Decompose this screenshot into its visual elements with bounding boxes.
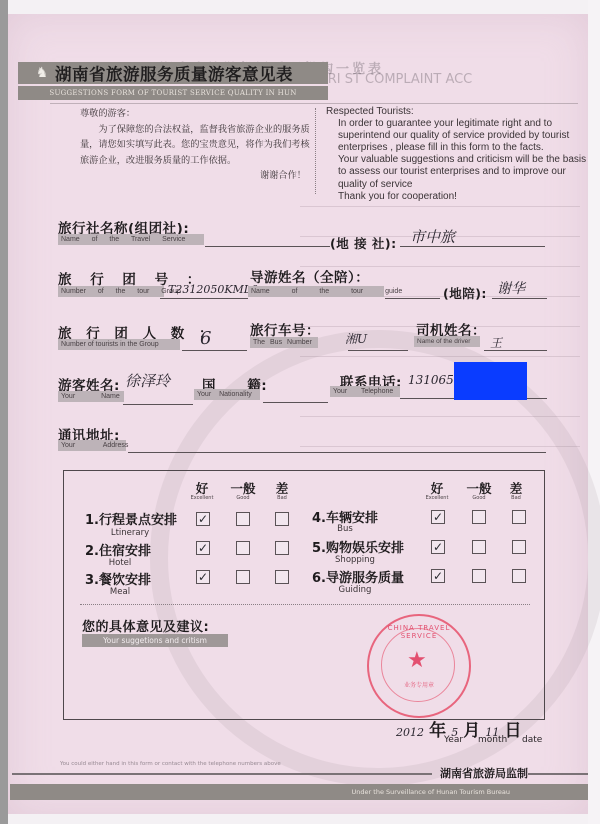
rating-item-shopping: 5.购物娱乐安排 bbox=[312, 537, 404, 556]
scan-edge-left bbox=[0, 0, 8, 824]
tour-group-number-label-en: Number of the tour Group bbox=[58, 286, 164, 297]
tour-group-number-field[interactable] bbox=[160, 298, 248, 299]
driver-name-label-en: Name of the driver bbox=[414, 336, 480, 347]
rating-item-meal: 3.餐饮安排 bbox=[85, 569, 151, 588]
star-icon: ★ bbox=[407, 650, 427, 672]
ghost-table-line bbox=[300, 416, 580, 417]
seal-bottom-text: 业务专用章 bbox=[369, 680, 469, 689]
rating-item-hotel-en: Hotel bbox=[100, 558, 140, 568]
col-good-right: 一般 Good bbox=[464, 482, 494, 501]
local-agency-label: (地 接 社): bbox=[330, 234, 397, 252]
bus-good-checkbox[interactable] bbox=[472, 510, 486, 524]
intro-cn-thanks: 谢谢合作！ bbox=[80, 168, 316, 184]
intro-en-body-2: Your valuable suggestions and criticism … bbox=[326, 154, 588, 190]
section-divider bbox=[80, 604, 530, 605]
tour-guide-label-en: Name of the tour guide bbox=[248, 286, 384, 297]
bus-bad-checkbox[interactable] bbox=[512, 510, 526, 524]
rating-item-shopping-en: Shopping bbox=[330, 555, 380, 565]
itinerary-bad-checkbox[interactable] bbox=[275, 512, 289, 526]
intro-cn-greeting: 尊敬的游客： bbox=[80, 106, 316, 122]
shopping-bad-checkbox[interactable] bbox=[512, 540, 526, 554]
meal-good-checkbox[interactable] bbox=[236, 570, 250, 584]
suggestions-field[interactable] bbox=[82, 652, 362, 712]
scan-edge-right bbox=[588, 0, 600, 824]
tour-guide-field[interactable] bbox=[385, 298, 440, 299]
form-title: 湖南省旅游服务质量游客意见表 bbox=[55, 61, 293, 85]
tourist-name-value: 徐泽玲 bbox=[125, 370, 170, 391]
address-field[interactable] bbox=[128, 452, 546, 453]
ghost-table-line bbox=[300, 206, 580, 207]
hotel-excellent-checkbox[interactable]: ✓ bbox=[196, 541, 210, 555]
itinerary-excellent-checkbox[interactable]: ✓ bbox=[196, 512, 210, 526]
telephone-label-en: Your Telephone bbox=[330, 386, 400, 397]
rating-item-meal-en: Meal bbox=[100, 587, 140, 597]
intro-divider bbox=[315, 108, 316, 194]
telephone-redaction bbox=[454, 362, 527, 400]
suggestions-label: 您的具体意见及建议: bbox=[82, 616, 209, 635]
group-size-value: 6 bbox=[200, 328, 211, 349]
footer-supervisor: 湖南省旅游局监制 bbox=[440, 765, 528, 781]
intro-en-greeting: Respected Tourists: bbox=[326, 106, 588, 118]
seal-text: CHINA TRAVEL SERVICE bbox=[369, 624, 469, 640]
intro-en-body-1: In order to guarantee your legitimate ri… bbox=[326, 118, 588, 154]
local-guide-value: 谢华 bbox=[497, 278, 525, 298]
shopping-good-checkbox[interactable] bbox=[472, 540, 486, 554]
intro-cn-body: 为了保障您的合法权益，监督我省旅游企业的服务质量，请您如实填写此表。您的宝贵意见… bbox=[80, 122, 316, 169]
nationality-field[interactable] bbox=[263, 402, 328, 403]
tour-guide-label: 导游姓名（全陪）： bbox=[250, 266, 369, 286]
tourist-name-label-en: Your Name bbox=[58, 391, 124, 402]
rating-item-bus-en: Bus bbox=[325, 524, 365, 534]
guiding-good-checkbox[interactable] bbox=[472, 569, 486, 583]
guiding-bad-checkbox[interactable] bbox=[512, 569, 526, 583]
rating-item-guiding: 6.导游服务质量 bbox=[312, 567, 404, 586]
tourist-name-field[interactable] bbox=[123, 404, 193, 405]
local-guide-field[interactable] bbox=[492, 298, 547, 299]
date-month-en: month bbox=[478, 735, 507, 745]
local-guide-label: (地陪): bbox=[443, 284, 487, 302]
col-bad-left: 差 Bad bbox=[272, 482, 292, 501]
col-excellent-left: 好 Excellent bbox=[190, 482, 214, 501]
group-size-field[interactable] bbox=[182, 350, 247, 351]
local-agency-value: 市中旅 bbox=[410, 226, 455, 247]
meal-excellent-checkbox[interactable]: ✓ bbox=[196, 570, 210, 584]
bus-number-field[interactable] bbox=[348, 350, 408, 351]
footer-rule bbox=[12, 773, 432, 775]
driver-name-value: 王 bbox=[490, 334, 502, 351]
bus-number-label: 旅行车号： bbox=[250, 319, 320, 339]
ghost-table-line bbox=[300, 356, 580, 357]
date-day-en: date bbox=[522, 735, 542, 745]
company-seal: CHINA TRAVEL SERVICE ★ 业务专用章 bbox=[367, 614, 471, 718]
date-year-en: Year bbox=[444, 735, 463, 745]
intro-en-thanks: Thank you for cooperation! bbox=[326, 191, 588, 203]
col-bad-right: 差 Bad bbox=[506, 482, 526, 501]
bus-number-label-en: The Bus Number bbox=[250, 337, 318, 348]
form-subtitle: SUGGESTIONS FORM OF TOURIST SERVICE QUAL… bbox=[18, 86, 328, 100]
itinerary-good-checkbox[interactable] bbox=[236, 512, 250, 526]
footer-band: Under the Surveillance of Hunan Tourism … bbox=[10, 784, 588, 800]
footer-note: You could either hand in this form or co… bbox=[60, 760, 281, 768]
col-excellent-right: 好 Excellent bbox=[425, 482, 449, 501]
rating-item-hotel: 2.住宿安排 bbox=[85, 540, 151, 559]
telephone-value: 131065 bbox=[408, 373, 454, 387]
tour-group-number-value: T2312050KML0 bbox=[168, 283, 258, 296]
guiding-excellent-checkbox[interactable]: ✓ bbox=[431, 569, 445, 583]
intro-chinese: 尊敬的游客： 为了保障您的合法权益，监督我省旅游企业的服务质量，请您如实填写此表… bbox=[80, 106, 316, 184]
ghost-table-line bbox=[300, 446, 580, 447]
rating-item-itinerary: 1.行程景点安排 bbox=[85, 509, 177, 528]
intro-english: Respected Tourists: In order to guarante… bbox=[326, 106, 588, 203]
hotel-good-checkbox[interactable] bbox=[236, 541, 250, 555]
date-year-value: 2012 bbox=[396, 726, 424, 739]
col-good-left: 一般 Good bbox=[228, 482, 258, 501]
hotel-bad-checkbox[interactable] bbox=[275, 541, 289, 555]
nationality-label-en: Your Nationality bbox=[194, 389, 260, 400]
group-size-label-en: Number of tourists in the Group bbox=[58, 339, 180, 350]
address-label-en: Your Address bbox=[58, 440, 126, 451]
suggestions-label-en: Your suggetions and critism bbox=[82, 634, 228, 647]
bus-number-value: 湘U bbox=[345, 330, 367, 347]
travel-agency-label-en: Name of the Travel Service bbox=[58, 234, 204, 245]
shopping-excellent-checkbox[interactable]: ✓ bbox=[431, 540, 445, 554]
bus-excellent-checkbox[interactable]: ✓ bbox=[431, 510, 445, 524]
meal-bad-checkbox[interactable] bbox=[275, 570, 289, 584]
footer-rule-right bbox=[528, 773, 588, 775]
rating-item-guiding-en: Guiding bbox=[330, 585, 380, 595]
rating-item-itinerary-en: Ltinerary bbox=[100, 528, 160, 538]
travel-agency-field[interactable] bbox=[205, 246, 330, 247]
